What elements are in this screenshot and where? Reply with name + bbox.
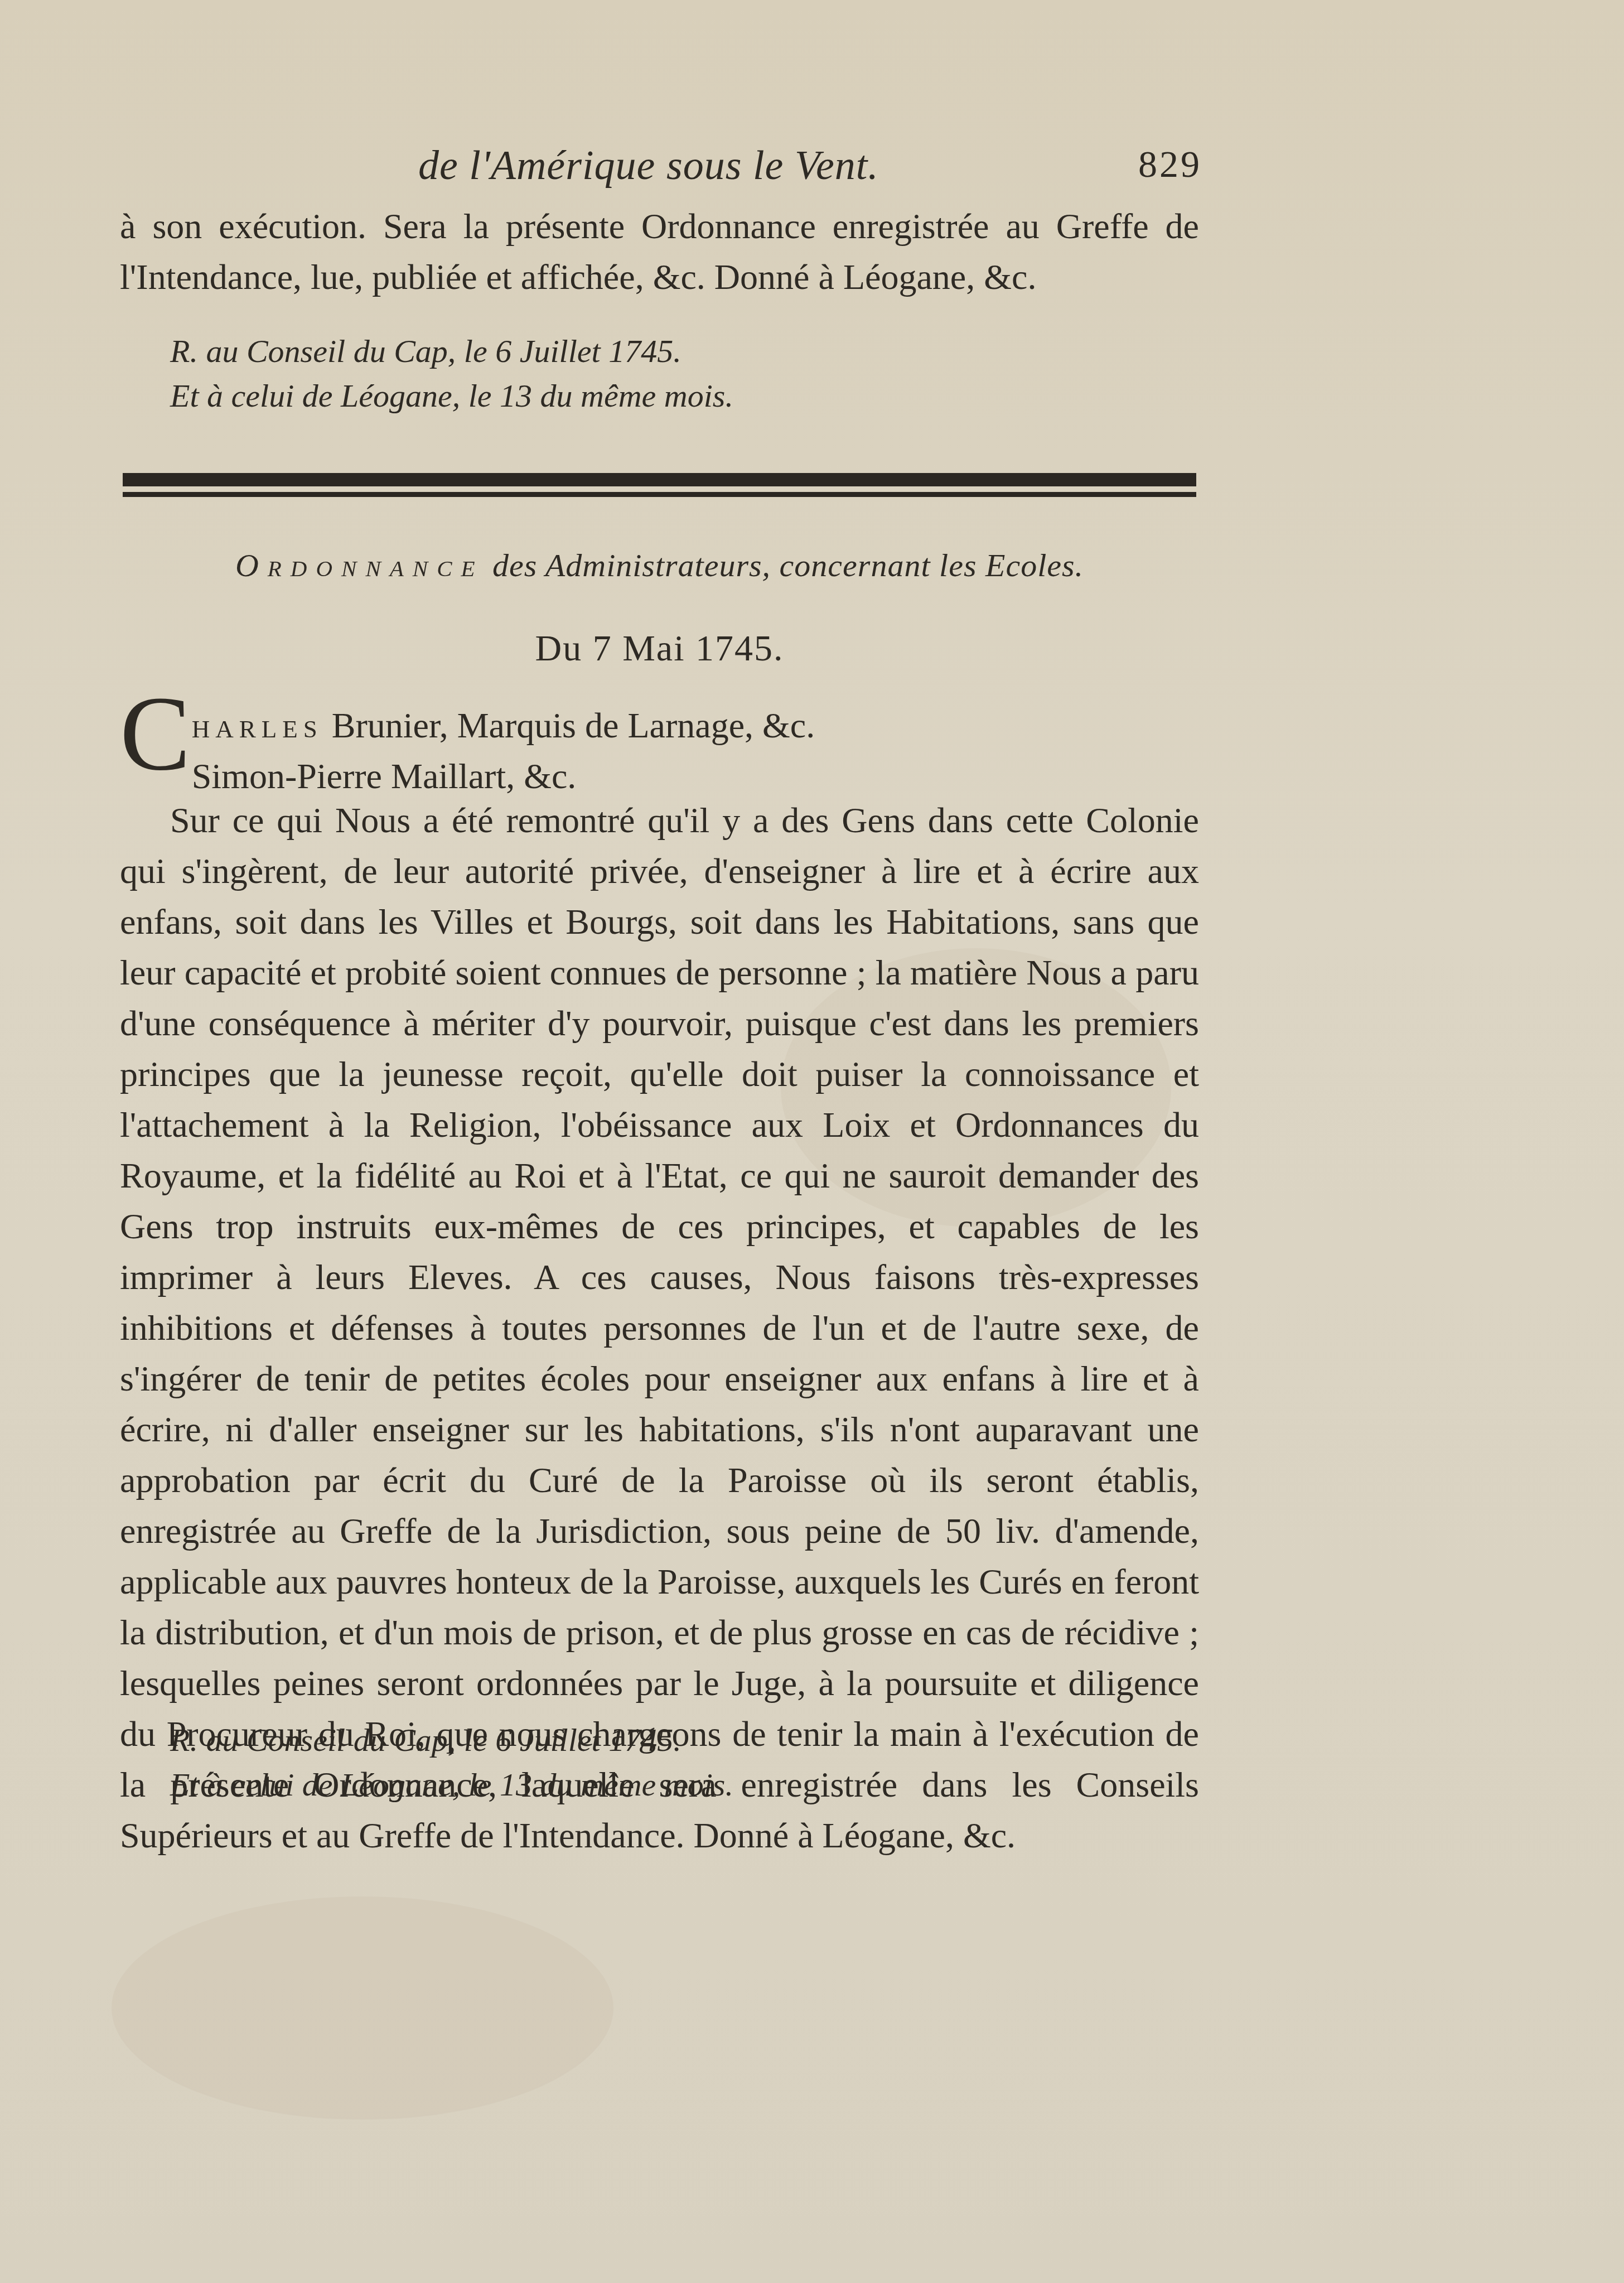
signatory-name: Brunier, Marquis de Larnage, &c. [323, 706, 815, 745]
book-page: de l'Amérique sous le Vent. 829 à son ex… [0, 0, 1624, 2283]
ordinance-paragraph: Sur ce qui Nous a été remontré qu'il y a… [120, 795, 1199, 1861]
signatory-line: harles Brunier, Marquis de Larnage, &c. [120, 689, 1199, 751]
section-divider-rule [123, 473, 1196, 500]
ordinance-title: Ordonnance des Administrateurs, concerna… [120, 547, 1199, 584]
running-head: de l'Amérique sous le Vent. 829 [120, 142, 1202, 204]
registration-line: Et à celui de Léogane, le 13 du même moi… [170, 374, 1249, 418]
signatories: C harles Brunier, Marquis de Larnage, &c… [120, 689, 1199, 802]
ordinance-title-caps: Ordonnance [235, 547, 484, 583]
registration-note-previous: R. au Conseil du Cap, le 6 Juillet 1745.… [120, 329, 1249, 418]
signatory-line: Simon-Pierre Maillart, &c. [120, 751, 1199, 802]
ordinance-date: Du 7 Mai 1745. [120, 628, 1199, 670]
ordinance-body: Sur ce qui Nous a été remontré qu'il y a… [120, 795, 1199, 1861]
registration-note: R. au Conseil du Cap, le 6 Juillet 1745.… [120, 1718, 1249, 1807]
divider-thick-line [123, 473, 1196, 486]
page-number: 829 [1138, 142, 1202, 186]
drop-cap: C [120, 689, 191, 776]
continuation-paragraph: à son exécution. Sera la présente Ordonn… [120, 201, 1199, 302]
running-title: de l'Amérique sous le Vent. [418, 142, 879, 190]
ordinance-title-rest: des Administrateurs, concernant les Ecol… [484, 547, 1084, 583]
registration-line: R. au Conseil du Cap, le 6 Juillet 1745. [170, 329, 1249, 374]
paper-stain [112, 1896, 613, 2120]
signatory-caps: harles [192, 706, 323, 745]
registration-line: R. au Conseil du Cap, le 6 Juillet 1745. [170, 1718, 1249, 1763]
registration-line: Et à celui de Léogane, le 13 du même moi… [170, 1763, 1249, 1807]
divider-thin-line [123, 492, 1196, 497]
